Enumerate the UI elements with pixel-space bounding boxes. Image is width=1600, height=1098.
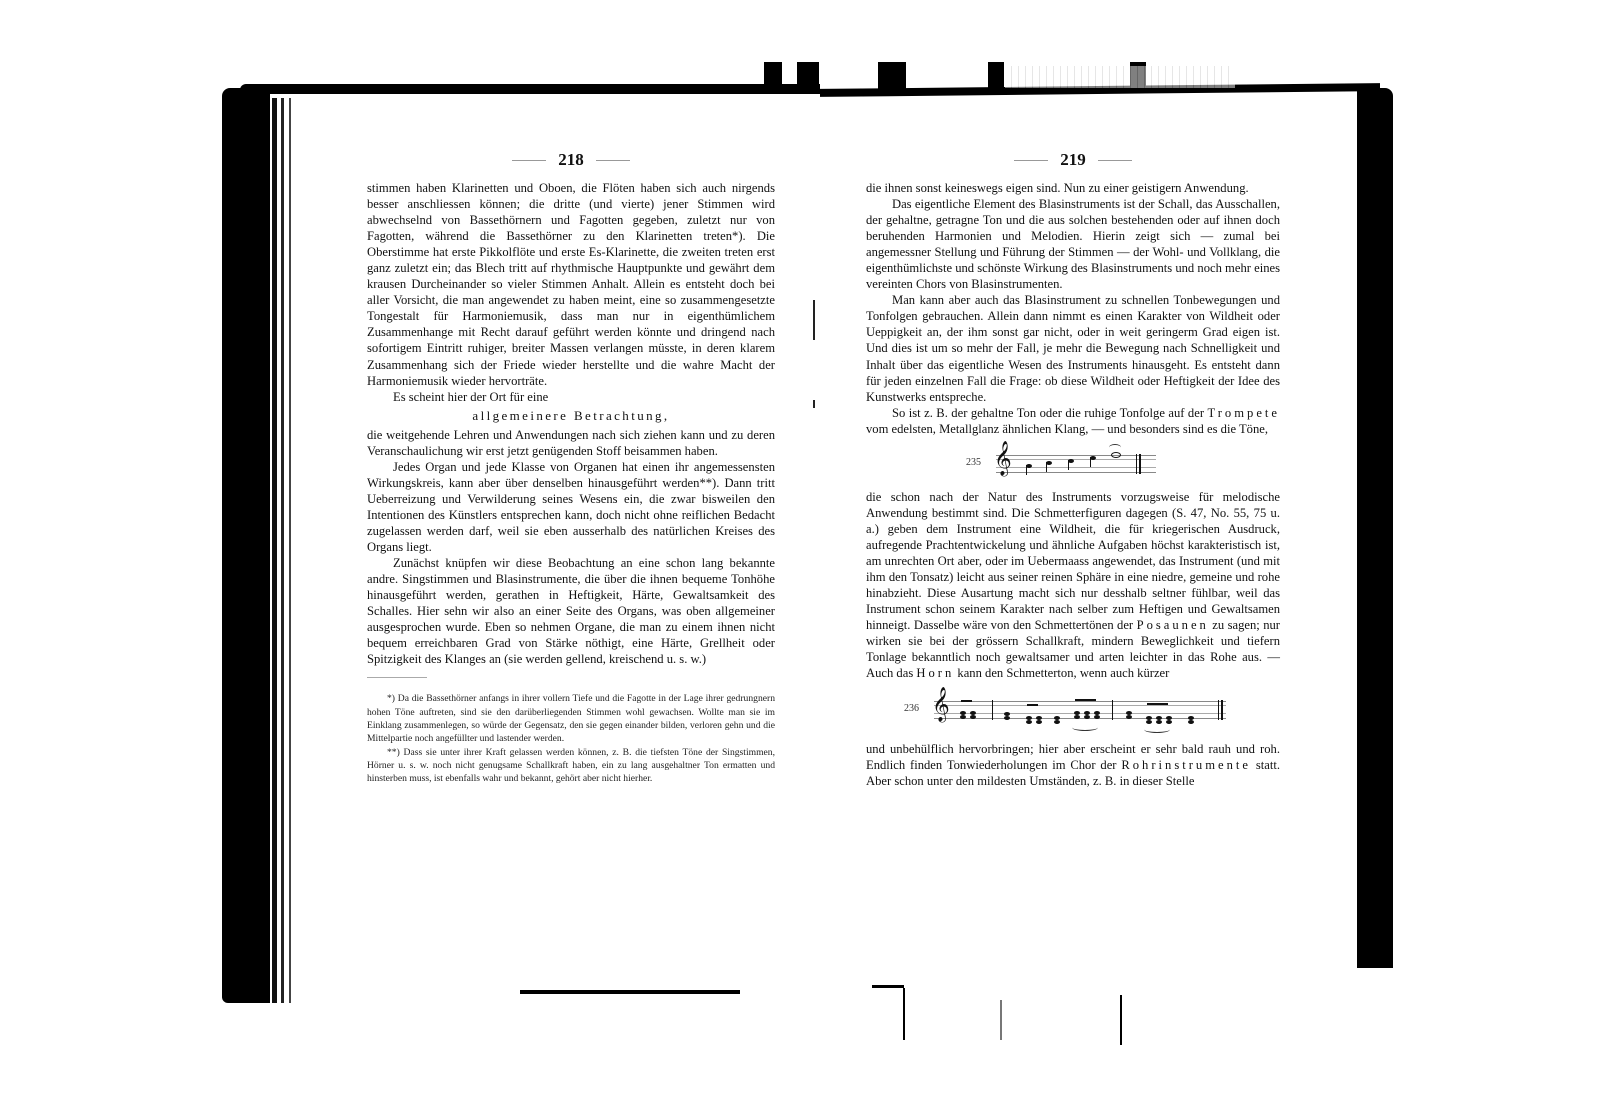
scan-artifact [903,988,905,1040]
music-staff: 𝄞 [934,701,1226,719]
page-header: 218 [367,150,775,170]
footnotes: *) Da die Bassethörner anfangs in ihrer … [367,692,775,785]
right-page-body: die schon nach der Natur des Instruments… [866,489,1280,682]
scan-artifact [1000,1000,1002,1040]
page-edge-line [272,98,277,1003]
treble-clef-icon: 𝄞 [994,444,1012,474]
page-number: 219 [1060,150,1086,169]
header-rule [596,160,630,161]
paragraph: Jedes Organ und jede Klasse von Organen … [367,459,775,555]
book-bottom-edge [872,985,904,988]
gutter-mark [813,300,815,340]
example-number: 236 [904,703,919,714]
paragraph: Das eigentliche Element des Blasinstrume… [866,196,1280,292]
treble-clef-icon: 𝄞 [932,690,950,720]
footnote-separator [367,677,427,678]
paragraph: die ihnen sonst keineswegs eigen sind. N… [866,180,1280,196]
page-number: 218 [558,150,584,169]
header-rule [1098,160,1132,161]
header-rule [512,160,546,161]
right-page: 219 die ihnen sonst keineswegs eigen sin… [866,150,1280,789]
footnote-text: **) Dass sie unter ihrer Kraft gelassen … [367,746,775,786]
page-edge-line [281,98,284,1003]
page-header: 219 [866,150,1280,170]
paragraph: So ist z. B. der gehaltne Ton oder die r… [866,405,1280,437]
book-cover-right [1357,88,1393,968]
scan-noise [1005,66,1235,88]
footnote-text: *) Da die Bassethörner anfangs in ihrer … [367,692,775,745]
scan-artifact [1120,995,1122,1045]
emphasized-term: Rohrinstrumente [1121,758,1251,772]
page-tab-marker [988,62,1004,92]
music-example-236: 236 𝄞 [866,687,1280,737]
paragraph: Es scheint hier der Ort für eine [367,389,775,405]
header-rule [1014,160,1048,161]
paragraph: die weitgehende Lehren und Anwendungen n… [367,427,775,459]
paragraph: und unbehülflich hervorbringen; hier abe… [866,741,1280,789]
page-tab-marker [797,62,819,92]
right-page-body: und unbehülflich hervorbringen; hier abe… [866,741,1280,789]
paragraph: Zunächst knüpfen wir diese Beobachtung a… [367,555,775,667]
example-number: 235 [966,457,981,468]
section-heading: allgemeinere Betrachtung, [367,405,775,427]
paragraph: stimmen haben Klarinetten und Oboen, die… [367,180,775,389]
emphasized-term: Horn [916,666,954,680]
book-bottom-edge [520,990,740,994]
gutter-mark [813,400,815,408]
right-page-body: die ihnen sonst keineswegs eigen sind. N… [866,180,1280,437]
music-staff: 𝄞 [996,455,1156,473]
page-edge-line [289,98,291,1003]
book-cover-left [222,88,270,1003]
emphasized-term: Posaunen [1137,618,1209,632]
music-example-235: 235 𝄞 [866,443,1280,485]
emphasized-term: Trompete [1207,406,1280,420]
book-top-edge [240,84,820,94]
left-page: 218 stimmen haben Klarinetten und Oboen,… [367,150,775,785]
paragraph: die schon nach der Natur des Instruments… [866,489,1280,682]
paragraph: Man kann aber auch das Blasinstrument zu… [866,292,1280,404]
left-page-body: stimmen haben Klarinetten und Oboen, die… [367,180,775,667]
page-tab-marker [878,62,906,92]
page-tab-marker [764,62,782,92]
